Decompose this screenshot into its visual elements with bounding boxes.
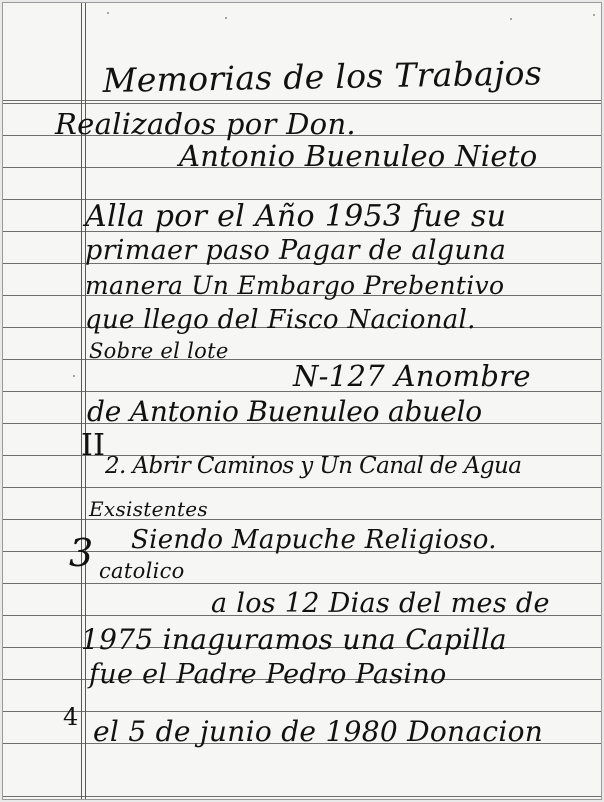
text-line: 1975 inaguramos una Capilla (81, 623, 507, 656)
text-line: 2. Abrir Caminos y Un Canal de Agua (105, 453, 521, 479)
text-line: Exsistentes (89, 497, 208, 521)
text-line: Siendo Mapuche Religioso. (131, 525, 497, 555)
ruled-line (3, 583, 601, 584)
ruled-line (3, 796, 601, 797)
header-rule (3, 100, 601, 101)
document-author: Antonio Buenuleo Nieto (179, 139, 538, 173)
text-line: fue el Padre Pedro Pasino (89, 659, 447, 690)
document-subtitle: Realizados por Don. (55, 107, 356, 141)
ruled-line (3, 711, 601, 712)
text-line: Alla por el Año 1953 fue su (85, 199, 506, 234)
notebook-page: Memorias de los Trabajos Realizados por … (2, 2, 602, 800)
text-line: manera Un Embargo Prebentivo (85, 271, 504, 300)
document-title: Memorias de los Trabajos (102, 53, 542, 100)
margin-mark-section-2: II (81, 428, 105, 463)
text-line: de Antonio Buenuleo abuelo (87, 395, 482, 428)
text-line: catolico (99, 559, 185, 583)
ruled-line (3, 487, 601, 488)
margin-mark-section-3: 3 (69, 531, 93, 575)
text-line: Sobre el lote (89, 339, 229, 363)
text-line: N-127 Anombre (293, 359, 531, 393)
text-line: el 5 de junio de 1980 Donacion (93, 715, 543, 748)
text-line: que llego del Fisco Nacional. (85, 305, 476, 335)
margin-mark-section-4: 4 (63, 703, 79, 731)
text-line: a los 12 Dias del mes de (211, 588, 550, 619)
text-line: primaer paso Pagar de alguna (85, 235, 506, 266)
